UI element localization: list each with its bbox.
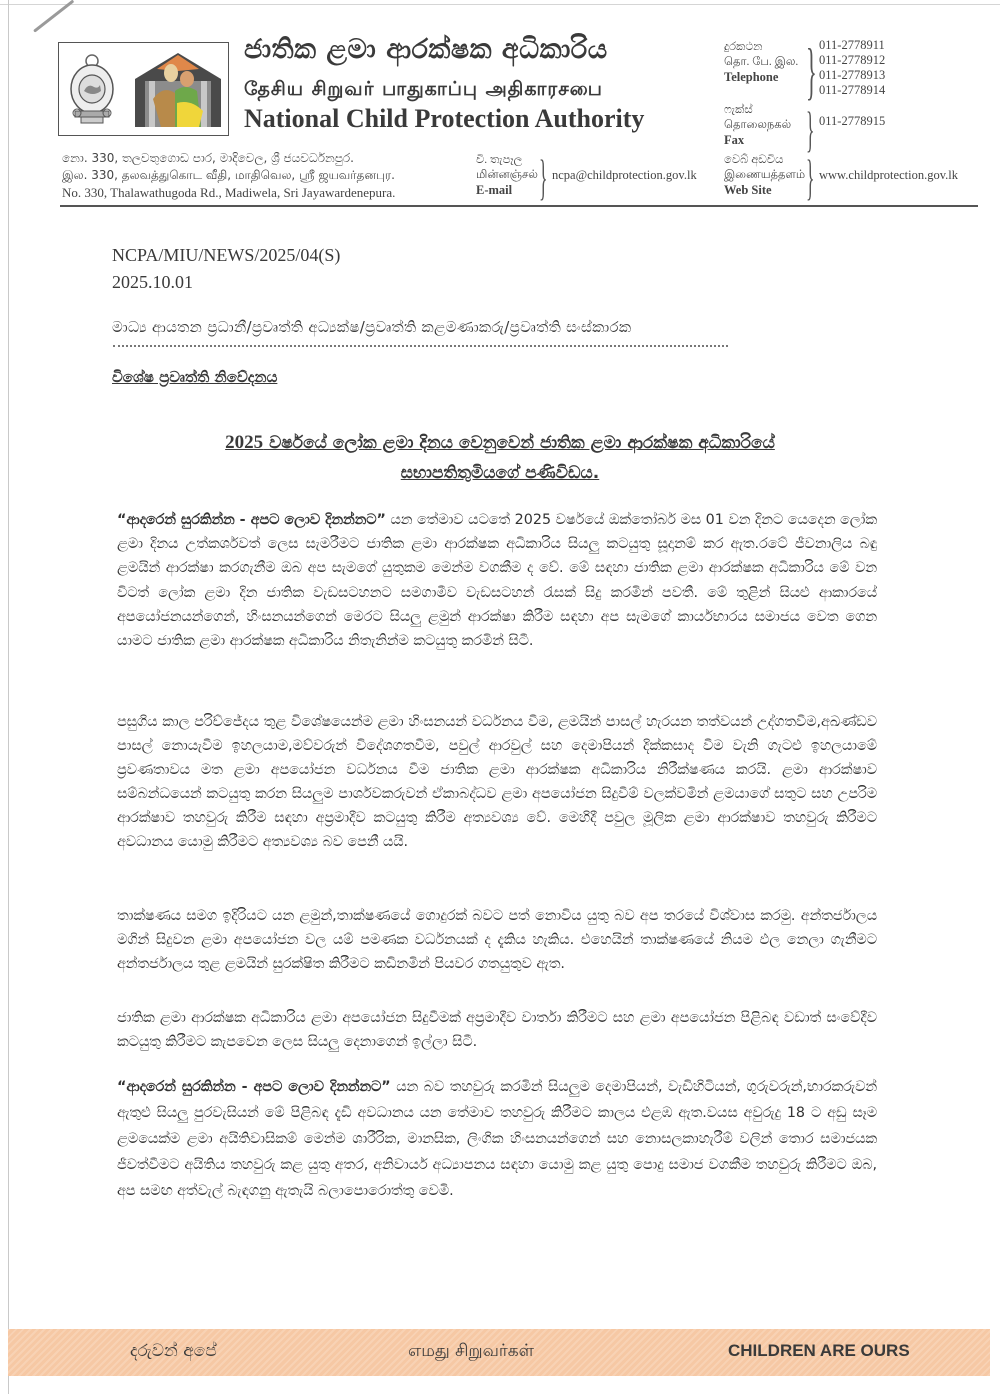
address-english: No. 330, Thalawathugoda Rd., Madiwela, S… [62, 184, 395, 201]
page-top-edge [0, 4, 1000, 5]
ncpa-family-house-icon [135, 51, 221, 127]
address-block: නො. 330, තලවතුගොඩ පාර, මාදිවෙල, ශ්‍රී ජය… [62, 150, 395, 201]
fax-label-english: Fax [724, 133, 791, 148]
reference-number: NCPA/MIU/NEWS/2025/04(S) [112, 242, 340, 269]
telephone-number[interactable]: 011-2778912 [819, 53, 885, 68]
org-name-tamil: தேசிய சிறுவர் பாதுகாப்பு அதிகாரசபை [244, 78, 603, 103]
email-label-tamil: மின்னஞ்சல் [476, 168, 538, 183]
telephone-number[interactable]: 011-2778914 [819, 83, 885, 98]
website-link[interactable]: www.childprotection.gov.lk [819, 168, 958, 183]
subject-heading: විශේෂ ප්‍රවෘත්ති නිවේදනය [112, 368, 277, 386]
slogan-sinhala: දරුවන් අපේ [130, 1341, 217, 1361]
address-sinhala: නො. 330, තලවතුගොඩ පාර, මාදිවෙල, ශ්‍රී ජය… [62, 150, 395, 167]
website-label: වෙබ් අඩවිය இணையத்தளம் Web Site [724, 153, 805, 198]
email-link[interactable]: ncpa@childprotection.gov.lk [552, 168, 697, 183]
fax-label: ෆැක්ස් தொலைநகல் Fax [724, 103, 791, 148]
paragraph-text: තාක්ෂණය සමග ඉදිරියට යන ළමුන්,තාක්ෂණයේ ගො… [117, 908, 877, 972]
telephone-label-english: Telephone [724, 70, 798, 85]
fax-number[interactable]: 011-2778915 [819, 114, 885, 129]
state-emblem-icon [67, 51, 117, 127]
theme-quote: “ආදරෙන් සුරකින්න - අපට ලොව දිනන්නට” [117, 512, 386, 528]
paragraph-text: ජාතික ළමා ආරක්ෂක අධිකාරිය ළමා අපයෝජන සිද… [117, 1010, 877, 1050]
website-label-english: Web Site [724, 183, 805, 198]
telephone-label-sinhala: දුරකථන [724, 40, 798, 55]
paragraph: තාක්ෂණය සමග ඉදිරියට යන ළමුන්,තාක්ෂණයේ ගො… [117, 904, 877, 977]
telephone-label: දුරකථන தொ. பே. இல. Telephone [724, 40, 798, 85]
logo-box [58, 42, 229, 136]
addressee-line: මාධ්‍ය ආයතන ප්‍රධානී/ප්‍රවෘත්ති අධ්‍යක්ෂ… [112, 318, 631, 336]
org-name-sinhala: ජාතික ළමා ආරක්ෂක අධිකාරිය [244, 34, 608, 66]
brace-icon: } [806, 148, 814, 206]
paragraph: ජාතික ළමා ආරක්ෂක අධිකාරිය ළමා අපයෝජන සිද… [117, 1006, 877, 1054]
footer-slogan-band: දරුවන් අපේ எமது சிறுவர்கள் CHILDREN ARE … [8, 1329, 990, 1376]
document-date: 2025.10.01 [112, 269, 340, 296]
document-title: 2025 වර්ෂයේ ලෝක ළමා දිනය වෙනුවෙන් ජාතික … [130, 428, 870, 488]
website-label-sinhala: වෙබ් අඩවිය [724, 153, 805, 168]
paragraph: පසුගිය කාල පරිච්ජේදය තුළ විශේෂයෙන්ම ළමා … [117, 710, 877, 854]
email-label: වි. තැපෑල மின்னஞ்சல் E-mail [476, 153, 538, 198]
slogan-tamil: எமது சிறுவர்கள் [408, 1341, 534, 1363]
theme-quote: “ආදරෙන් සුරකින්න - අපට ලොව දිනන්නට” [117, 1079, 391, 1095]
page-left-edge [8, 0, 9, 1394]
email-label-sinhala: වි. තැපෑල [476, 153, 538, 168]
paragraph-text: පසුගිය කාල පරිච්ජේදය තුළ විශේෂයෙන්ම ළමා … [117, 714, 877, 850]
reference-block: NCPA/MIU/NEWS/2025/04(S) 2025.10.01 [112, 242, 340, 296]
telephone-label-tamil: தொ. பே. இல. [724, 55, 798, 70]
paragraph: “ආදරෙන් සුරකින්න - අපට ලොව දිනන්නට” යන බ… [117, 1074, 877, 1204]
website-label-tamil: இணையத்தளம் [724, 168, 805, 183]
brace-icon: } [806, 34, 817, 108]
address-tamil: இல. 330, தலவத்துகொட வீதி, மாதிவெல, ஸ்ரீ … [62, 167, 395, 184]
fax-label-tamil: தொலைநகல் [724, 118, 791, 133]
title-year: 2025 [225, 432, 263, 453]
fax-label-sinhala: ෆැක්ස් [724, 103, 791, 118]
email-label-english: E-mail [476, 183, 538, 198]
telephone-numbers: 011-2778911 011-2778912 011-2778913 011-… [819, 38, 885, 98]
header-divider [60, 205, 978, 207]
title-line-2: සභාපතිතුමියගේ පණිවිඩය. [130, 458, 870, 488]
title-line-1: වර්ෂයේ ලෝක ළමා දිනය වෙනුවෙන් ජාතික ළමා ආ… [263, 433, 775, 453]
telephone-number[interactable]: 011-2778913 [819, 68, 885, 83]
paragraph-text: යන බව තහවුරු කරමින් සියලුම දෙමාපියන්, වැ… [117, 1079, 877, 1199]
org-name-english: National Child Protection Authority [244, 104, 644, 134]
slogan-english: CHILDREN ARE OURS [728, 1341, 910, 1361]
telephone-number[interactable]: 011-2778911 [819, 38, 885, 53]
brace-icon: } [539, 148, 547, 206]
paragraph-text: යන තේමාව යටතේ 2025 වර්ෂයේ ඔක්තෝබර් මස 01… [117, 512, 877, 649]
dotted-line [113, 345, 728, 347]
paragraph: “ආදරෙන් සුරකින්න - අපට ලොව දිනන්නට” යන ත… [117, 508, 877, 653]
